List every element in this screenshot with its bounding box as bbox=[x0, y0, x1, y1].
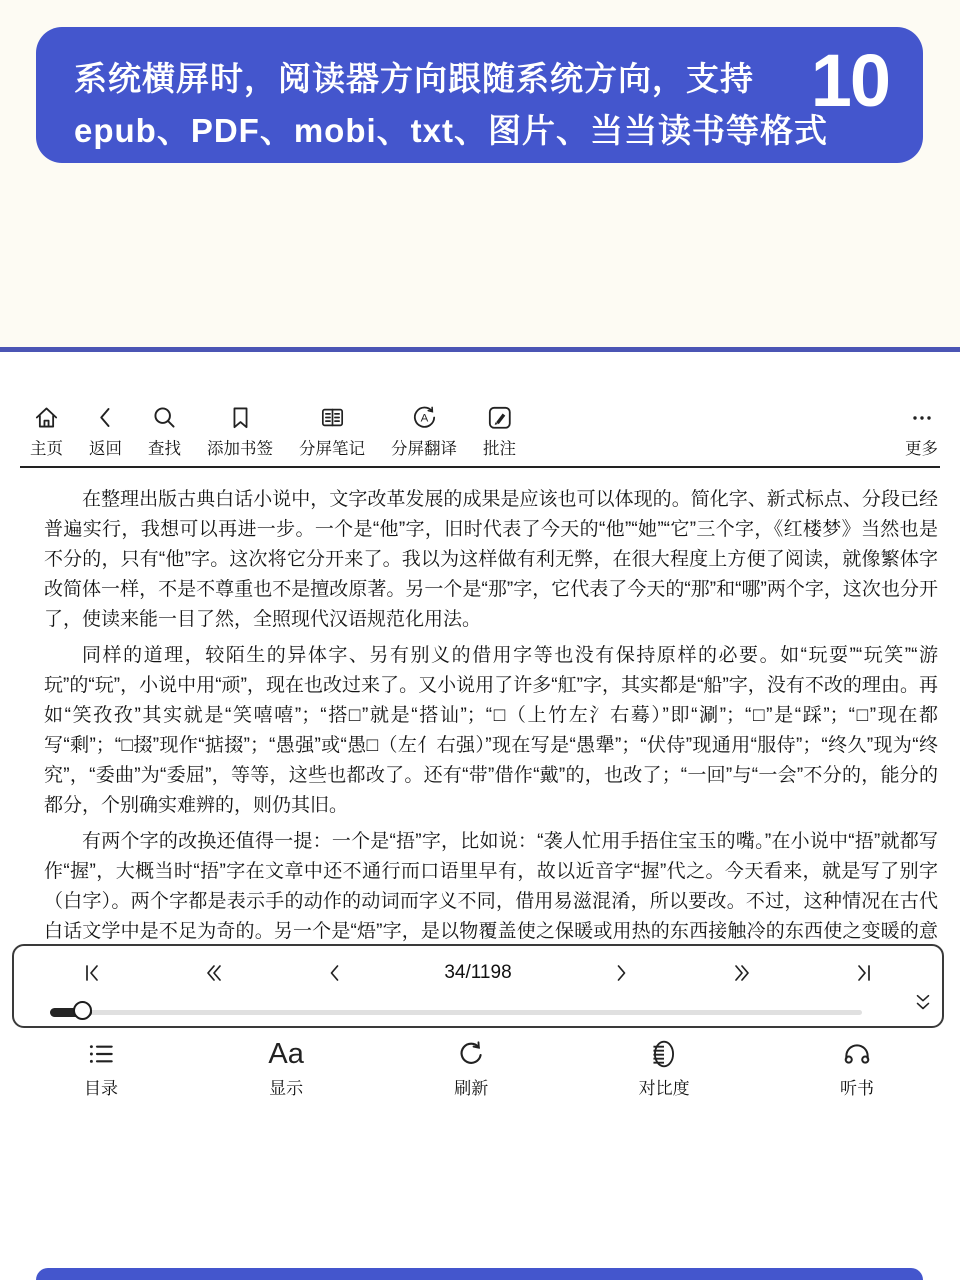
contrast-button[interactable]: 对比度 bbox=[639, 1036, 690, 1099]
collapse-menu-button[interactable] bbox=[912, 990, 934, 1021]
annotate-label: 批注 bbox=[483, 435, 516, 459]
home-label: 主页 bbox=[30, 435, 63, 459]
back-label: 返回 bbox=[89, 435, 122, 459]
chevron-left-icon bbox=[323, 961, 347, 985]
add-bookmark-label: 添加书签 bbox=[207, 435, 273, 459]
double-chevron-down-icon bbox=[912, 990, 934, 1016]
last-page-icon bbox=[852, 961, 876, 985]
display-settings-button[interactable]: Aa 显示 bbox=[268, 1036, 303, 1099]
previous-page-button[interactable] bbox=[323, 961, 347, 985]
refresh-button[interactable]: 刷新 bbox=[454, 1036, 488, 1099]
refresh-icon bbox=[455, 1036, 487, 1072]
next-page-button[interactable] bbox=[609, 961, 633, 985]
display-icon: Aa bbox=[268, 1036, 303, 1072]
split-notes-icon bbox=[318, 403, 347, 432]
split-translate-label: 分屏翻译 bbox=[391, 435, 457, 459]
page-indicator: 34/1198 bbox=[444, 962, 511, 984]
toc-button[interactable]: 目录 bbox=[84, 1036, 118, 1099]
listen-label: 听书 bbox=[840, 1074, 874, 1099]
contrast-icon bbox=[648, 1036, 680, 1072]
first-page-button[interactable] bbox=[80, 961, 104, 985]
more-button[interactable]: 更多 bbox=[905, 403, 938, 459]
svg-text:A: A bbox=[420, 413, 428, 425]
banner-line2: epub、PDF、mobi、txt、图片、当当读书等格式 bbox=[74, 105, 828, 157]
display-label: 显示 bbox=[269, 1074, 303, 1099]
annotate-button[interactable]: 批注 bbox=[483, 403, 516, 459]
jump-back-button[interactable] bbox=[201, 961, 225, 985]
slider-track[interactable] bbox=[50, 1010, 862, 1015]
headphones-icon bbox=[841, 1036, 873, 1072]
double-chevron-left-icon bbox=[201, 961, 225, 985]
listen-button[interactable]: 听书 bbox=[840, 1036, 874, 1099]
search-icon bbox=[150, 403, 179, 432]
reader-top-toolbar: 主页 返回 查找 添加书签 bbox=[30, 403, 516, 459]
home-button[interactable]: 主页 bbox=[30, 403, 63, 459]
refresh-label: 刷新 bbox=[454, 1074, 488, 1099]
toc-icon bbox=[85, 1036, 117, 1072]
annotate-icon bbox=[485, 403, 514, 432]
instruction-banner: 系统横屏时，阅读器方向跟随系统方向，支持 epub、PDF、mobi、txt、图… bbox=[36, 27, 923, 163]
split-notes-label: 分屏笔记 bbox=[299, 435, 365, 459]
bookmark-icon bbox=[226, 403, 255, 432]
add-bookmark-button[interactable]: 添加书签 bbox=[207, 403, 273, 459]
paragraph: 同样的道理，较陌生的异体字、另有别义的借用字等也没有保持原样的必要。如“玩耍”“… bbox=[44, 641, 938, 821]
step-number: 10 bbox=[811, 41, 889, 121]
toolbar-divider bbox=[20, 466, 940, 468]
slider-thumb[interactable] bbox=[73, 1001, 92, 1020]
book-page-text: 在整理出版古典白话小说中，文字改革发展的成果是应该也可以体现的。简化字、新式标点… bbox=[44, 485, 938, 983]
page-navigation-bar: 34/1198 bbox=[12, 944, 944, 1028]
back-button[interactable]: 返回 bbox=[89, 403, 122, 459]
back-icon bbox=[91, 403, 120, 432]
search-label: 查找 bbox=[148, 435, 181, 459]
last-page-button[interactable] bbox=[852, 961, 876, 985]
split-notes-button[interactable]: 分屏笔记 bbox=[299, 403, 365, 459]
more-label: 更多 bbox=[905, 435, 938, 459]
jump-forward-button[interactable] bbox=[731, 961, 755, 985]
reader-bottom-toolbar: 目录 Aa 显示 刷新 bbox=[84, 1036, 874, 1099]
home-icon bbox=[32, 403, 61, 432]
split-translate-icon: A bbox=[410, 403, 439, 432]
contrast-label: 对比度 bbox=[639, 1074, 690, 1099]
search-button[interactable]: 查找 bbox=[148, 403, 181, 459]
next-banner-peek bbox=[36, 1268, 923, 1280]
paragraph: 在整理出版古典白话小说中，文字改革发展的成果是应该也可以体现的。简化字、新式标点… bbox=[44, 485, 938, 635]
toc-label: 目录 bbox=[84, 1074, 118, 1099]
more-icon bbox=[908, 403, 936, 432]
double-chevron-right-icon bbox=[731, 961, 755, 985]
reader-screen: 主页 返回 查找 添加书签 bbox=[0, 352, 960, 1280]
banner-line1: 系统横屏时，阅读器方向跟随系统方向，支持 bbox=[74, 53, 828, 105]
progress-slider[interactable] bbox=[50, 1001, 862, 1025]
first-page-icon bbox=[80, 961, 104, 985]
chevron-right-icon bbox=[609, 961, 633, 985]
split-translate-button[interactable]: A 分屏翻译 bbox=[391, 403, 457, 459]
